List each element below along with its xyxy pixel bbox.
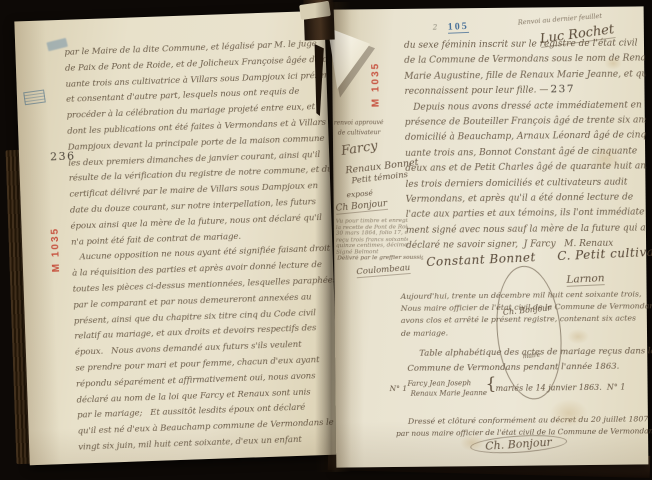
table-row-number: N° 1 (390, 384, 408, 393)
catalog-stamp-right: M 1035 (370, 57, 382, 107)
witness-signature: Larnon (566, 272, 605, 287)
register-book-photo: 236 M 1035 par le Maire de la dite Commu… (0, 0, 652, 480)
table-bride-name: Renaux Marie Jeanne (411, 389, 487, 398)
margin-approval-note: renvoi approuvé (334, 119, 384, 127)
margin-registration-note: Vu pour timbre et enregistré àla recette… (336, 218, 409, 259)
folio-number-stamp: 105 (448, 21, 470, 34)
table-title-line2: Commune de Vermondans pendant l'année 18… (407, 362, 619, 374)
margin-clerk-note: Délivré par le greffier soussigné (337, 255, 423, 262)
handwritten-text-left: par le Maire de la dite Commune, et léga… (64, 37, 339, 464)
table-marriage-note: mariés le 14 janvier 1863. N° 1 (496, 383, 626, 393)
archive-box-stamp (23, 89, 46, 105)
margin-signature-groom: Farcy (340, 139, 379, 159)
handwriting-line: de mariage. (401, 325, 652, 340)
right-page: M 1035 105 2 Renvoi au dernier feuillet … (332, 6, 649, 467)
catalog-stamp-left: M 1035 (49, 218, 62, 272)
margin-approval-note2: de cultivateur (338, 129, 381, 136)
table-groom-name: Farcy Jean Joseph (407, 379, 471, 388)
handwritten-text-right: du sexe féminin inscrit sur le registre … (404, 36, 647, 263)
pencil-mark: 2 (433, 24, 438, 32)
margin-signature-mayor: Ch Bonjour (335, 199, 388, 215)
margin-clerk-signature: Coulombeau (356, 263, 411, 278)
table-title-line1: Table alphabétique des actes de mariage … (419, 346, 652, 358)
margin-note-small: exposé (346, 188, 373, 199)
left-page: 236 M 1035 par le Maire de la dite Commu… (14, 11, 339, 466)
final-clause-line1: Dressé et clôturé conformément au décret… (408, 414, 649, 426)
closing-paragraph: Aujourd'hui, trente un décembre mil huit… (401, 288, 652, 340)
